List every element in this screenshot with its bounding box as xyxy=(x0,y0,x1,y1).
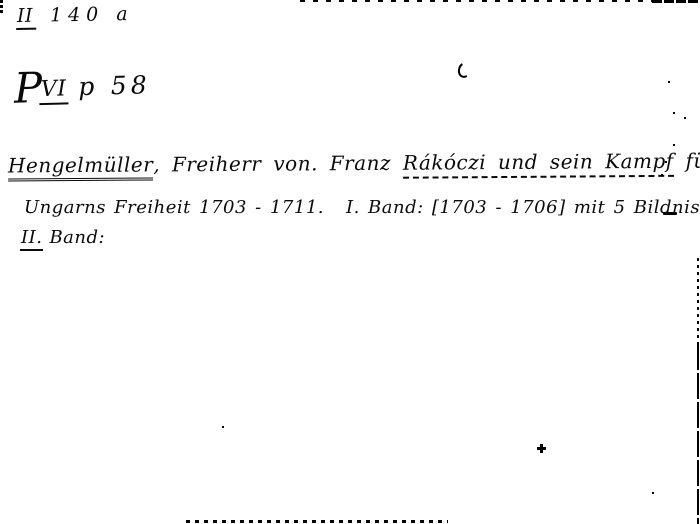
shelfmark-roman-numeral: II xyxy=(16,5,36,30)
scan-artifact-bottom-dotted-line xyxy=(186,520,448,523)
scan-artifact-speck xyxy=(222,426,224,428)
scan-artifact-left-corner xyxy=(0,0,3,13)
author-name: Hengelmüller xyxy=(8,152,153,181)
scan-artifact-speck xyxy=(673,144,675,146)
entry-line-3: II.Band: xyxy=(20,227,105,251)
scan-artifact-speck xyxy=(668,81,670,83)
reference-roman-numeral: VI xyxy=(38,76,68,105)
title-continuation: Ungarns Freiheit 1703 - 1711. xyxy=(24,197,324,218)
scan-artifact-speck xyxy=(652,492,654,494)
scan-artifact-curl-mark xyxy=(456,61,473,80)
volume-1-note: I. Band: [1703 - 1706] mit 5 Bildnissen.… xyxy=(346,197,700,218)
shelfmark-number: 140 a xyxy=(50,3,134,26)
scan-artifact-speck xyxy=(661,174,663,176)
scanned-catalog-card: II140 a PVIp58 Hengelmüller, Freiherr vo… xyxy=(0,0,700,524)
reference-line: PVIp58 xyxy=(13,64,151,110)
scan-artifact-speck xyxy=(684,117,686,119)
title-suffix: für xyxy=(685,149,700,173)
scan-artifact-right-edge-line xyxy=(697,344,699,524)
scan-artifact-speck xyxy=(673,112,675,114)
volume-2-numeral: II. xyxy=(20,227,43,251)
volume-2-label: Band: xyxy=(49,227,105,248)
title-underlined: Rákóczi und sein Kampf xyxy=(403,149,674,179)
scan-artifact-top-edge-dashes xyxy=(300,0,652,2)
shelfmark-line: II140 a xyxy=(16,3,134,30)
reference-page-number: 58 xyxy=(110,70,151,100)
author-suffix: , Freiherr von. Franz xyxy=(153,151,391,177)
scan-artifact-plus-mark xyxy=(537,444,546,453)
entry-line-2: Ungarns Freiheit 1703 - 1711.I. Band: [1… xyxy=(24,197,700,218)
scan-artifact-speck xyxy=(665,161,667,163)
reference-page-abbrev: p xyxy=(78,72,95,101)
entry-line-1: Hengelmüller, Freiherr von. Franz Rákócz… xyxy=(8,149,700,182)
scan-artifact-top-edge-right xyxy=(652,0,700,3)
scan-artifact-right-edge-dotted xyxy=(697,258,699,344)
scan-artifact-dash-mark xyxy=(663,212,677,215)
